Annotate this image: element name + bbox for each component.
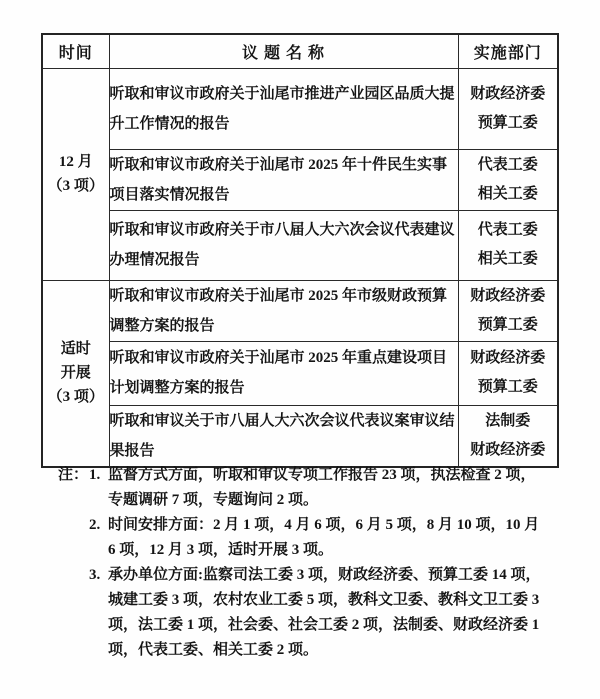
notes-section: 注： 1.监督方式方面，听取和审议专项工作报告 23 项，执法检查 2 项，专题… [58,463,550,663]
dept-line: 相关工委 [459,180,558,209]
dept-line: 代表工委 [459,216,558,245]
dept-line: 财政经济委 [459,80,558,109]
table-row: 12 月 （3 项） 听取和审议市政府关于汕尾市推进产业园区品质大提升工作情况的… [42,68,558,149]
dept-line: 相关工委 [459,245,558,274]
table-row: 适时 开展 （3 项） 听取和审议市政府关于汕尾市 2025 年市级财政预算调整… [42,280,558,341]
note-item: 3.承办单位方面:监察司法工委 3 项，财政经济委、预算工委 14 项，城建工委… [89,563,550,663]
dept-line: 财政经济委 [459,282,558,311]
table-header-row: 时间 议 题 名 称 实施部门 [42,34,558,68]
note-item: 1.监督方式方面，听取和审议专项工作报告 23 项，执法检查 2 项，专题调研 … [89,463,550,513]
topic-cell: 听取和审议市政府关于市八届人大六次会议代表建议办理情况报告 [109,210,458,280]
note-text: 时间安排方面：2 月 1 项，4 月 6 项，6 月 5 项，8 月 10 项，… [108,517,539,558]
time-cell-december: 12 月 （3 项） [42,68,109,280]
time-line: 开展 [43,361,109,385]
dept-cell: 财政经济委 预算工委 [458,341,558,405]
topic-cell: 听取和审议市政府关于汕尾市推进产业园区品质大提升工作情况的报告 [109,68,458,149]
note-text: 监督方式方面，听取和审议专项工作报告 23 项，执法检查 2 项，专题调研 7 … [108,467,536,508]
dept-line: 法制委 [459,407,558,436]
note-number: 3. [89,563,108,588]
column-header-dept: 实施部门 [458,34,558,68]
dept-cell: 法制委 财政经济委 [458,405,558,467]
note-number: 2. [89,513,108,538]
note-items: 1.监督方式方面，听取和审议专项工作报告 23 项，执法检查 2 项，专题调研 … [89,463,550,663]
dept-line: 财政经济委 [459,344,558,373]
dept-cell: 代表工委 相关工委 [458,210,558,280]
column-header-topic: 议 题 名 称 [109,34,458,68]
table-row: 听取和审议关于市八届人大六次会议代表议案审议结果报告 法制委 财政经济委 [42,405,558,467]
topic-cell: 听取和审议关于市八届人大六次会议代表议案审议结果报告 [109,405,458,467]
note-text: 承办单位方面:监察司法工委 3 项，财政经济委、预算工委 14 项，城建工委 3… [108,567,541,658]
time-line: （3 项） [43,385,109,409]
agenda-table: 时间 议 题 名 称 实施部门 12 月 （3 项） 听取和审议市政府关于汕尾市… [41,33,559,468]
dept-cell: 代表工委 相关工委 [458,149,558,210]
dept-line: 预算工委 [459,311,558,340]
topic-cell: 听取和审议市政府关于汕尾市 2025 年十件民生实事项目落实情况报告 [109,149,458,210]
dept-cell: 财政经济委 预算工委 [458,68,558,149]
document-page: 时间 议 题 名 称 实施部门 12 月 （3 项） 听取和审议市政府关于汕尾市… [0,0,600,699]
dept-line: 预算工委 [459,109,558,138]
time-cell-as-needed: 适时 开展 （3 项） [42,280,109,467]
dept-line: 代表工委 [459,151,558,180]
topic-cell: 听取和审议市政府关于汕尾市 2025 年重点建设项目计划调整方案的报告 [109,341,458,405]
dept-cell: 财政经济委 预算工委 [458,280,558,341]
dept-line: 财政经济委 [459,436,558,465]
time-line: 12 月 [43,150,109,174]
dept-line: 预算工委 [459,373,558,402]
notes-label: 注： [58,463,88,488]
table-row: 听取和审议市政府关于汕尾市 2025 年重点建设项目计划调整方案的报告 财政经济… [42,341,558,405]
topic-cell: 听取和审议市政府关于汕尾市 2025 年市级财政预算调整方案的报告 [109,280,458,341]
table-row: 听取和审议市政府关于市八届人大六次会议代表建议办理情况报告 代表工委 相关工委 [42,210,558,280]
time-line: （3 项） [43,174,109,198]
note-item: 2.时间安排方面：2 月 1 项，4 月 6 项，6 月 5 项，8 月 10 … [89,513,550,563]
column-header-time: 时间 [42,34,109,68]
time-line: 适时 [43,337,109,361]
table-row: 听取和审议市政府关于汕尾市 2025 年十件民生实事项目落实情况报告 代表工委 … [42,149,558,210]
note-number: 1. [89,463,108,488]
